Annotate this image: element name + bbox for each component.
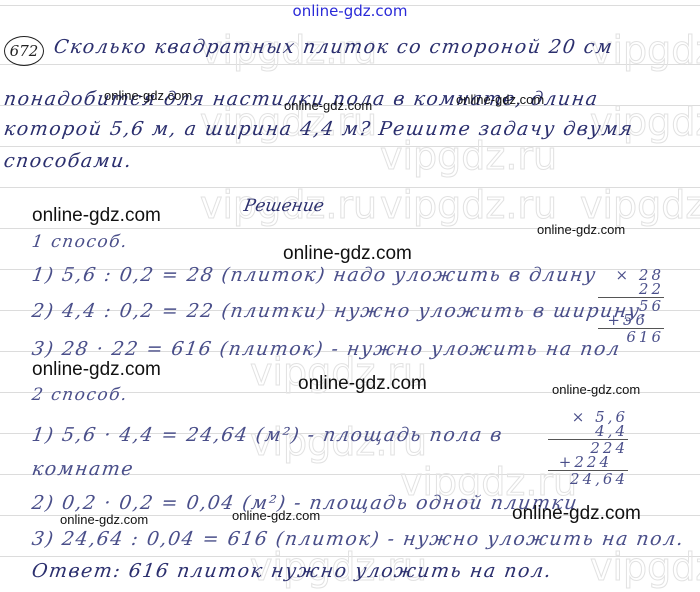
problem-line-1: Сколько квадратных плиток со стороной 20… <box>52 36 614 58</box>
partial-product-2: 224 <box>574 453 612 471</box>
method-1-step-2: 2) 4,4 : 0,2 = 22 (плитки) нужно уложить… <box>30 300 649 322</box>
watermark: online-gdz.com <box>456 92 544 107</box>
background-watermark: vipgdz.ru <box>380 134 557 178</box>
product-result: 616 <box>598 330 664 344</box>
factor-2: 4,4 <box>548 424 628 438</box>
background-watermark: vipgdz.ru <box>590 545 700 589</box>
watermark: online-gdz.com <box>537 222 625 237</box>
watermark: online-gdz.com <box>232 508 320 523</box>
partial-product-2: 56 <box>623 311 648 329</box>
watermark: online-gdz.com <box>552 382 640 397</box>
factor-2: 22 <box>598 282 664 296</box>
plus-sign: + <box>559 453 575 471</box>
method-1-column-multiplication: × 28 22 56 +56 616 <box>598 268 664 344</box>
multiply-sign: × <box>572 408 588 426</box>
answer-line: Ответ: 616 плиток нужно уложить на пол. <box>30 560 553 582</box>
background-watermark: vipgdz.ru <box>380 183 557 227</box>
method-2-step-1-cont: комнате <box>30 458 135 480</box>
background-watermark: vipgdz.ru <box>580 183 700 227</box>
watermark: online-gdz.com <box>283 243 412 265</box>
method-2-title: 2 способ. <box>31 385 130 405</box>
top-watermark: online-gdz.com <box>0 2 700 20</box>
watermark: online-gdz.com <box>60 512 148 527</box>
method-1-step-3: 3) 28 · 22 = 616 (плиток) - нужно уложит… <box>30 338 622 360</box>
method-2-column-multiplication: × 5,6 4,4 224 +224 24,64 <box>548 410 628 486</box>
multiply-sign: × <box>616 266 632 284</box>
method-2-step-1: 1) 5,6 · 4,4 = 24,64 (м²) - площадь пола… <box>30 424 504 446</box>
problem-number: 672 <box>4 36 44 66</box>
product-result: 24,64 <box>548 472 628 486</box>
watermark: online-gdz.com <box>32 359 161 381</box>
problem-line-3: которой 5,6 м, а ширина 4,4 м? Решите за… <box>2 118 634 140</box>
method-2-step-3: 3) 24,64 : 0,04 = 616 (плиток) - нужно у… <box>30 528 685 550</box>
method-1-title: 1 способ. <box>31 232 130 252</box>
watermark: online-gdz.com <box>512 503 641 525</box>
method-1-step-1: 1) 5,6 : 0,2 = 28 (плиток) надо уложить … <box>30 264 598 286</box>
watermark: online-gdz.com <box>32 205 161 227</box>
watermark: online-gdz.com <box>298 373 427 395</box>
watermark: online-gdz.com <box>104 88 192 103</box>
problem-line-4: способами. <box>2 150 133 172</box>
solution-heading: Решение <box>242 196 325 216</box>
watermark: online-gdz.com <box>284 98 372 113</box>
notebook-page: vipgdz.ru vipgdz.ru vipgdz.ru vipgdz.ru … <box>0 0 700 592</box>
plus-sign: + <box>607 311 623 329</box>
